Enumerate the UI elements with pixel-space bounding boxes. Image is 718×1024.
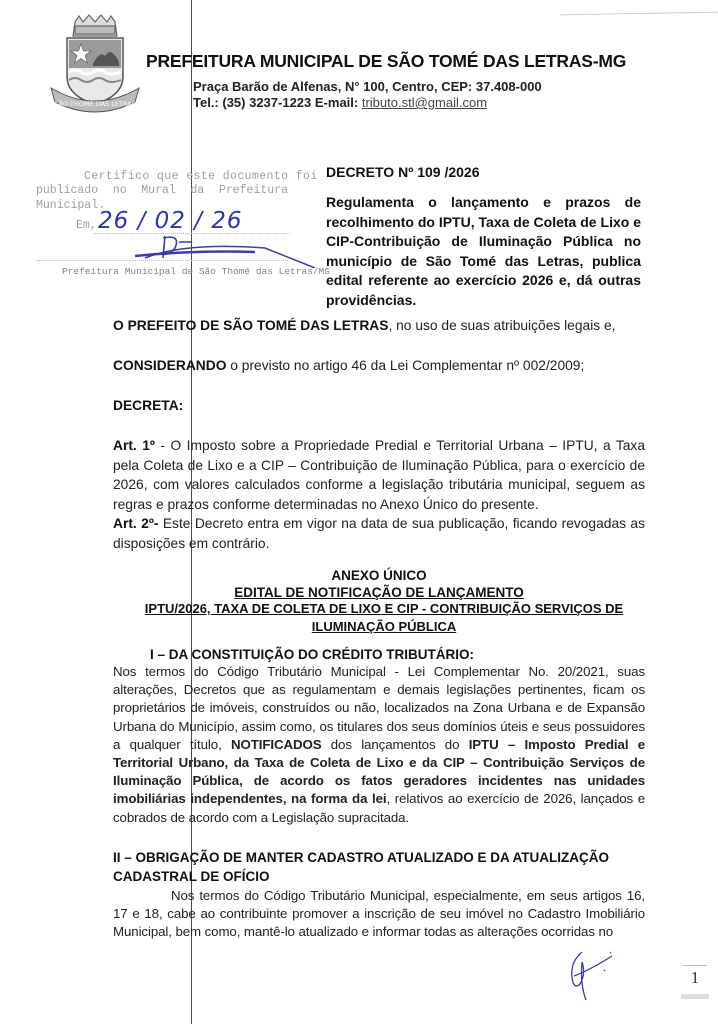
preamble-text: , no uso de suas atribuições legais e,: [388, 318, 615, 333]
section-1-heading: I – DA CONSTITUIÇÃO DO CRÉDITO TRIBUTÁRI…: [150, 647, 474, 662]
decree-summary: Regulamenta o lançamento e prazos de rec…: [326, 193, 641, 310]
decree-number: DECRETO Nº 109 /2026: [326, 164, 479, 180]
article-1-label: Art. 1º: [113, 438, 155, 453]
article-2-label: Art. 2º-: [113, 516, 158, 531]
annex-subtitle-2: IPTU/2026, TAXA DE COLETA DE LIXO E CIP …: [124, 600, 644, 636]
stamp-word: Mural: [141, 184, 176, 197]
municipal-crest-icon: SÃO THOMÉ DAS LETRAS: [45, 14, 145, 114]
header-address: Praça Barão de Alfenas, N° 100, Centro, …: [193, 79, 542, 94]
section-1-text: Nos termos do Código Tributário Municipa…: [113, 663, 645, 827]
article-1-text: - O Imposto sobre a Propriedade Predial …: [113, 438, 645, 512]
section-1-text-c: dos lançamentos do: [321, 737, 468, 752]
section-2-heading: II – OBRIGAÇÃO DE MANTER CADASTRO ATUALI…: [113, 848, 643, 886]
stamp-line-2: publicado no Mural da Prefeitura: [36, 184, 288, 197]
considerando-bold: CONSIDERANDO: [113, 358, 226, 373]
stamp-em-label: Em,: [76, 219, 97, 232]
preamble-bold: O PREFEITO DE SÃO TOMÉ DAS LETRAS: [113, 318, 388, 333]
header-title: PREFEITURA MUNICIPAL DE SÃO TOMÉ DAS LET…: [146, 51, 626, 72]
section-2-text: Nos termos do Código Tributário Municipa…: [113, 887, 645, 942]
considerando-text: o previsto no artigo 46 da Lei Complemen…: [226, 358, 584, 373]
stamp-word: da: [190, 184, 204, 197]
page-number: 1: [677, 968, 713, 988]
signature-icon: [560, 944, 620, 1004]
stamp-line-1: Certifico que este documento foi: [84, 170, 318, 183]
stamp-line-3: Municipal.: [36, 199, 105, 212]
considerando: CONSIDERANDO o previsto no artigo 46 da …: [113, 356, 645, 376]
stamp-word: Prefeitura: [219, 184, 288, 197]
article-2: Art. 2º- Este Decreto entra em vigor na …: [113, 514, 645, 553]
stamp-word: no: [113, 184, 127, 197]
preamble: O PREFEITO DE SÃO TOMÉ DAS LETRAS, no us…: [113, 316, 645, 336]
stamp-signature-icon: [105, 228, 335, 268]
article-2-text: Este Decreto entra em vigor na data de s…: [113, 516, 645, 551]
annex-title: ANEXO ÚNICO: [113, 567, 645, 585]
stamp-word: publicado: [36, 184, 98, 197]
article-1: Art. 1º - O Imposto sobre a Propriedade …: [113, 436, 645, 514]
header-tel: Tel.: (35) 3237-1223 E-mail:: [193, 95, 362, 110]
header-email-link[interactable]: tributo.stl@gmail.com: [362, 95, 487, 110]
decreta-label: DECRETA:: [113, 398, 183, 413]
section-1-bold-b: NOTIFICADOS: [231, 737, 322, 752]
scan-artifact-top: [560, 12, 718, 16]
svg-text:SÃO THOMÉ DAS LETRAS: SÃO THOMÉ DAS LETRAS: [54, 99, 136, 108]
decreta: DECRETA:: [113, 396, 645, 416]
header-contact: Tel.: (35) 3237-1223 E-mail: tributo.stl…: [193, 95, 487, 110]
